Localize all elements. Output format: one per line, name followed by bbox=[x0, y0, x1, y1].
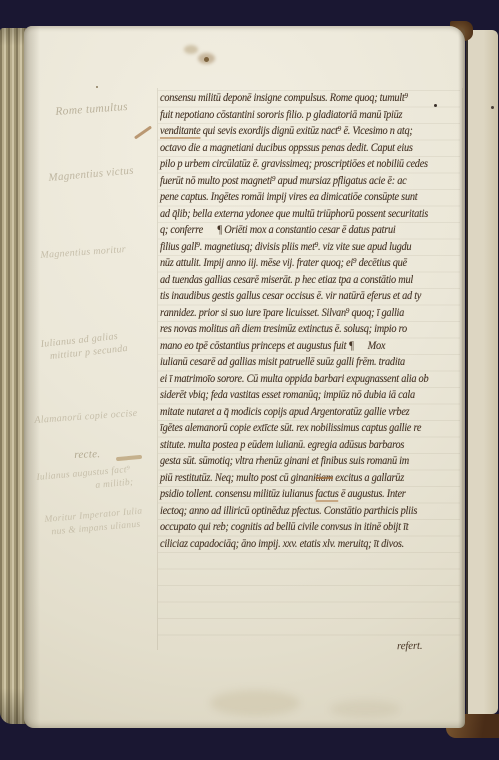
text-segment: ad tuendas gallias cesarē miserāt. p hec… bbox=[160, 274, 413, 286]
stain bbox=[210, 690, 300, 716]
text-line: consensu militū deponē insigne compulsus… bbox=[160, 90, 441, 107]
text-line: gesta sūt. sūmotiq; vltra rhenūz ginani … bbox=[160, 453, 441, 470]
text-segment: piū restitutūz. Neq; multo post cū ginan… bbox=[160, 472, 316, 484]
text-segment: qui sevis exordijs dignū exitūz nact⁹ ē.… bbox=[200, 125, 412, 137]
text-segment: rannidez. prior si suo iure īpare licuis… bbox=[160, 307, 404, 319]
text-segment: iulianū cesarē ad gallias misit patruell… bbox=[160, 356, 405, 368]
marked-word: factus bbox=[315, 488, 338, 502]
text-segment: mitate nutaret a q̄ modicis copijs apud … bbox=[160, 406, 409, 418]
text-line: īgētes alemanorū copie extīcte sūt. rex … bbox=[160, 420, 441, 437]
text-segment: ei ī matrimoīo sorore. Cū multa oppida b… bbox=[160, 373, 428, 385]
text-segment: fuit nepotiano cōstantini sororis filio.… bbox=[160, 109, 402, 121]
text-segment: nūz attulit. Impij anno iij. mēse vij. f… bbox=[160, 257, 407, 269]
text-segment: ē augustus. Inter bbox=[339, 488, 406, 500]
stain bbox=[204, 57, 209, 62]
text-segment: tis inaudibus gestis gallus cesar occisu… bbox=[160, 290, 421, 302]
text-segment: siderēt vbiq; feda vastitas esset romanū… bbox=[160, 389, 415, 401]
text-line: piū restitutūz. Neq; multo post cū ginan… bbox=[160, 470, 441, 487]
text-line: iectoq; anno ad illiricū optinēduz pfect… bbox=[160, 503, 441, 520]
text-line: q; conferre ¶ Oriēti mox a constantio ce… bbox=[160, 222, 441, 239]
text-segment: psidio tollent. consensu militūz iulianu… bbox=[160, 488, 315, 500]
text-segment: stitute. multa postea p eūdem iulianū. e… bbox=[160, 439, 404, 451]
text-line: ei ī matrimoīo sorore. Cū multa oppida b… bbox=[160, 371, 441, 388]
text-line: res novas molitus añ diem tresimūz extin… bbox=[160, 321, 441, 338]
text-segment: īgētes alemanorū copie extīcte sūt. rex … bbox=[160, 422, 421, 434]
text-line: psidio tollent. consensu militūz iulianu… bbox=[160, 486, 441, 503]
book-spine-page-edges bbox=[0, 28, 26, 724]
text-line: filius gall⁹. magnetiusq; divisis pliis … bbox=[160, 239, 441, 256]
marked-word: venditante bbox=[160, 125, 200, 139]
text-line: fuerūt nō multo post magneti⁹ apud mursi… bbox=[160, 173, 441, 190]
text-line: ad tuendas gallias cesarē miserāt. p hec… bbox=[160, 272, 441, 289]
text-segment: gesta sūt. sūmotiq; vltra rhenūz ginani … bbox=[160, 455, 409, 467]
stain bbox=[184, 45, 198, 54]
text-line: mitate nutaret a q̄ modicis copijs apud … bbox=[160, 404, 441, 421]
catchword: refert. bbox=[397, 640, 423, 652]
text-line: venditante qui sevis exordijs dignū exit… bbox=[160, 123, 441, 140]
text-line: pene captus. Ingētes romāi impij vires e… bbox=[160, 189, 441, 206]
text-segment: pene captus. Ingētes romāi impij vires e… bbox=[160, 191, 417, 203]
margin-note: recte. bbox=[74, 448, 101, 462]
text-line: iulianū cesarē ad gallias misit patruell… bbox=[160, 354, 441, 371]
text-segment: fuerūt nō multo post magneti⁹ apud mursi… bbox=[160, 175, 406, 187]
text-line: ad q̄lib; bella externa ydonee que multū… bbox=[160, 206, 441, 223]
stain bbox=[330, 700, 400, 718]
photograph-background: consensu militū deponē insigne compulsus… bbox=[0, 0, 499, 760]
text-segment: pilo p urbem circūlatūz ē. gravissimeq; … bbox=[160, 158, 428, 170]
text-segment: octavo die a magnetiani ducibus oppssus … bbox=[160, 142, 413, 154]
text-line: fuit nepotiano cōstantini sororis filio.… bbox=[160, 107, 441, 124]
text-segment: q; conferre ¶ Oriēti mox a constantio ce… bbox=[160, 224, 396, 236]
text-segment: excitus a gallarūz bbox=[333, 472, 404, 484]
text-line: octavo die a magnetiani ducibus oppssus … bbox=[160, 140, 441, 157]
ink-speck bbox=[96, 86, 98, 88]
text-segment: consensu militū deponē insigne compulsus… bbox=[160, 92, 408, 104]
ink-speck bbox=[491, 106, 494, 109]
text-segment: occupato qui reb; cognitis ad bellū civi… bbox=[160, 521, 408, 533]
text-segment: ad q̄lib; bella externa ydonee que multū… bbox=[160, 208, 428, 220]
text-line: tis inaudibus gestis gallus cesar occisu… bbox=[160, 288, 441, 305]
text-segment: iectoq; anno ad illiricū optinēduz pfect… bbox=[160, 505, 417, 517]
margin-note-line: recte. bbox=[74, 448, 101, 462]
text-line: pilo p urbem circūlatūz ē. gravissimeq; … bbox=[160, 156, 441, 173]
text-block: consensu militū deponē insigne compulsus… bbox=[160, 90, 472, 552]
text-segment: ciliciaz capadociāq; āno impij. xxv. eta… bbox=[160, 538, 404, 550]
text-line: occupato qui reb; cognitis ad bellū civi… bbox=[160, 519, 441, 536]
text-line: siderēt vbiq; feda vastitas esset romanū… bbox=[160, 387, 441, 404]
ruling-line-left bbox=[157, 88, 158, 650]
text-segment: filius gall⁹. magnetiusq; divisis pliis … bbox=[160, 241, 411, 253]
text-segment: res novas molitus añ diem tresimūz extin… bbox=[160, 323, 407, 335]
text-line: stitute. multa postea p eūdem iulianū. e… bbox=[160, 437, 441, 454]
text-line: rannidez. prior si suo iure īpare licuis… bbox=[160, 305, 441, 322]
text-line: mano eo tpē cōstantius princeps et augus… bbox=[160, 338, 441, 355]
text-segment: mano eo tpē cōstantius princeps et augus… bbox=[160, 340, 385, 352]
marked-word: tiam bbox=[316, 472, 333, 484]
text-line: nūz attulit. Impij anno iij. mēse vij. f… bbox=[160, 255, 441, 272]
text-line: ciliciaz capadociāq; āno impij. xxv. eta… bbox=[160, 536, 441, 553]
